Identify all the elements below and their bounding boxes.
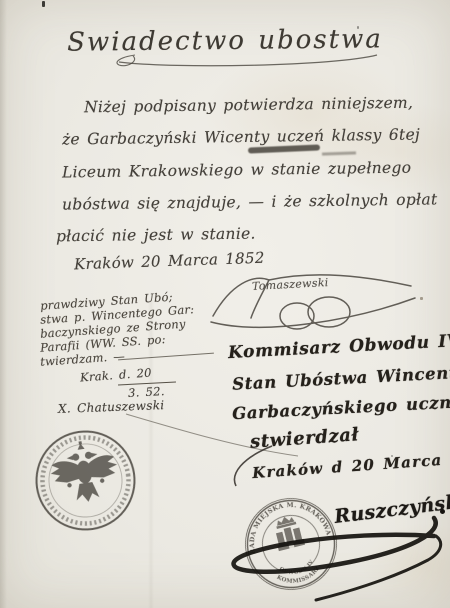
body-line-5: płacić nie jest w stanie. bbox=[56, 225, 256, 246]
margin-date-line-1: Krak. d. 20 bbox=[80, 366, 153, 385]
attestation-line-2: Stan Ubóstwa Wincentego bbox=[232, 361, 450, 394]
document-page: Swiadectwo ubostwa Niżej podpisany potwi… bbox=[0, 0, 450, 608]
attestation-flourish bbox=[222, 440, 282, 490]
ink-smudge bbox=[322, 151, 356, 155]
body-line-2: że Garbaczyński Wicenty uczeń klassy 6te… bbox=[62, 126, 420, 149]
margin-note: prawdziwy Stan Ubó; stwa p. Wincentego G… bbox=[40, 292, 235, 362]
attestation-line-3: Garbaczyńskiego ucznia bbox=[232, 392, 450, 423]
page-left-edge-shadow bbox=[0, 0, 7, 608]
body-line-1: Niżej podpisany potwierdza niniejszem, bbox=[84, 94, 413, 117]
ink-smudge bbox=[248, 144, 320, 153]
top-signature-flourish-icon bbox=[205, 268, 425, 340]
body-line-3: Liceum Krakowskiego w stanie zupełnego bbox=[62, 159, 412, 182]
body-line-4: ubóstwa się znajduje, — i że szkolnych o… bbox=[62, 190, 438, 213]
title-flourish bbox=[105, 52, 385, 70]
bottom-signature-flourish-icon bbox=[220, 508, 450, 608]
double-headed-eagle-seal-icon bbox=[26, 421, 145, 540]
paper-speck bbox=[42, 1, 45, 7]
